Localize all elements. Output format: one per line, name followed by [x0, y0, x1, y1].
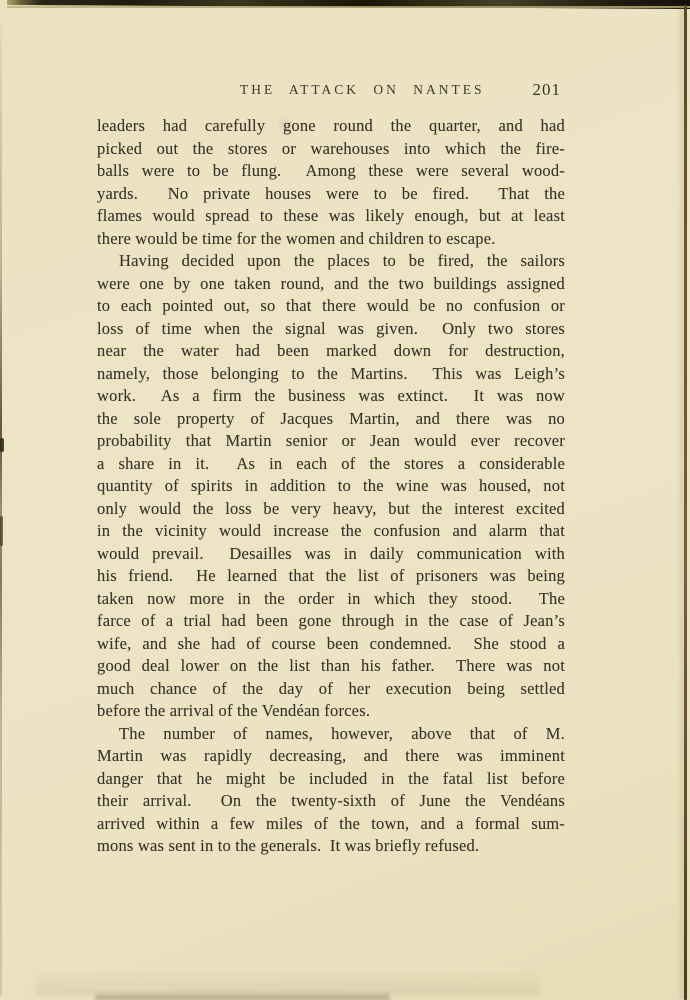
text-line: good deal lower on the list than his fat…	[97, 655, 565, 678]
text-line: loss of time when the signal was given. …	[97, 318, 565, 341]
text-line: farce of a trial had been gone through i…	[97, 610, 565, 633]
text-line: the sole property of Jacques Martin, and…	[97, 408, 565, 431]
text-line: much chance of the day of her execution …	[97, 678, 565, 701]
text-line: leaders had carefully gone round the qua…	[97, 115, 565, 138]
text-line: before the arrival of the Vendéan forces…	[97, 700, 565, 723]
text-line: work. As a firm the business was extinct…	[97, 385, 565, 408]
text-line: probability that Martin senior or Jean w…	[97, 430, 565, 453]
text-line: balls were to be flung. Among these were…	[97, 160, 565, 183]
page-content: THE ATTACK ON NANTES 201 leaders had car…	[97, 80, 565, 858]
text-line: namely, those belonging to the Martins. …	[97, 363, 565, 386]
chapter-title: THE ATTACK ON NANTES	[240, 82, 485, 98]
text-line: his friend. He learned that the list of …	[97, 565, 565, 588]
text-line: picked out the stores or warehouses into…	[97, 138, 565, 161]
page-text: leaders had carefully gone round the qua…	[97, 115, 565, 858]
text-line: their arrival. On the twenty-sixth of Ju…	[97, 790, 565, 813]
book-edge-left	[0, 24, 2, 996]
text-line: flames would spread to these was likely …	[97, 205, 565, 228]
book-page-scan: THE ATTACK ON NANTES 201 leaders had car…	[0, 0, 690, 1000]
book-edge-right	[684, 5, 687, 1000]
text-line: yards. No private houses were to be fire…	[97, 183, 565, 206]
text-line: The number of names, however, above that…	[97, 723, 565, 746]
text-line: to each pointed out, so that there would…	[97, 295, 565, 318]
text-line: wife, and she had of course been condemn…	[97, 633, 565, 656]
text-line: danger that he might be included in the …	[97, 768, 565, 791]
page-bottom-shadow	[95, 991, 390, 1000]
text-line: would prevail. Desailles was in daily co…	[97, 543, 565, 566]
text-line: a share in it. As in each of the stores …	[97, 453, 565, 476]
text-line: Having decided upon the places to be fir…	[97, 250, 565, 273]
text-line: Martin was rapidly decreasing, and there…	[97, 745, 565, 768]
text-line: there would be time for the women and ch…	[97, 228, 565, 251]
book-edge-top-line	[7, 6, 690, 8]
text-line: taken now more in the order in which the…	[97, 588, 565, 611]
text-line: in the vicinity would increase the confu…	[97, 520, 565, 543]
page-number: 201	[533, 80, 562, 100]
text-line: near the water had been marked down for …	[97, 340, 565, 363]
text-line: only would the loss be very heavy, but t…	[97, 498, 565, 521]
text-line: quantity of spirits in addition to the w…	[97, 475, 565, 498]
left-edge-ink-mark	[0, 516, 3, 546]
left-edge-ink-mark	[0, 438, 4, 452]
text-line: mons was sent in to the generals. It was…	[97, 835, 565, 858]
running-header: THE ATTACK ON NANTES 201	[97, 80, 565, 102]
text-line: were one by one taken round, and the two…	[97, 273, 565, 296]
text-line: arrived within a few miles of the town, …	[97, 813, 565, 836]
